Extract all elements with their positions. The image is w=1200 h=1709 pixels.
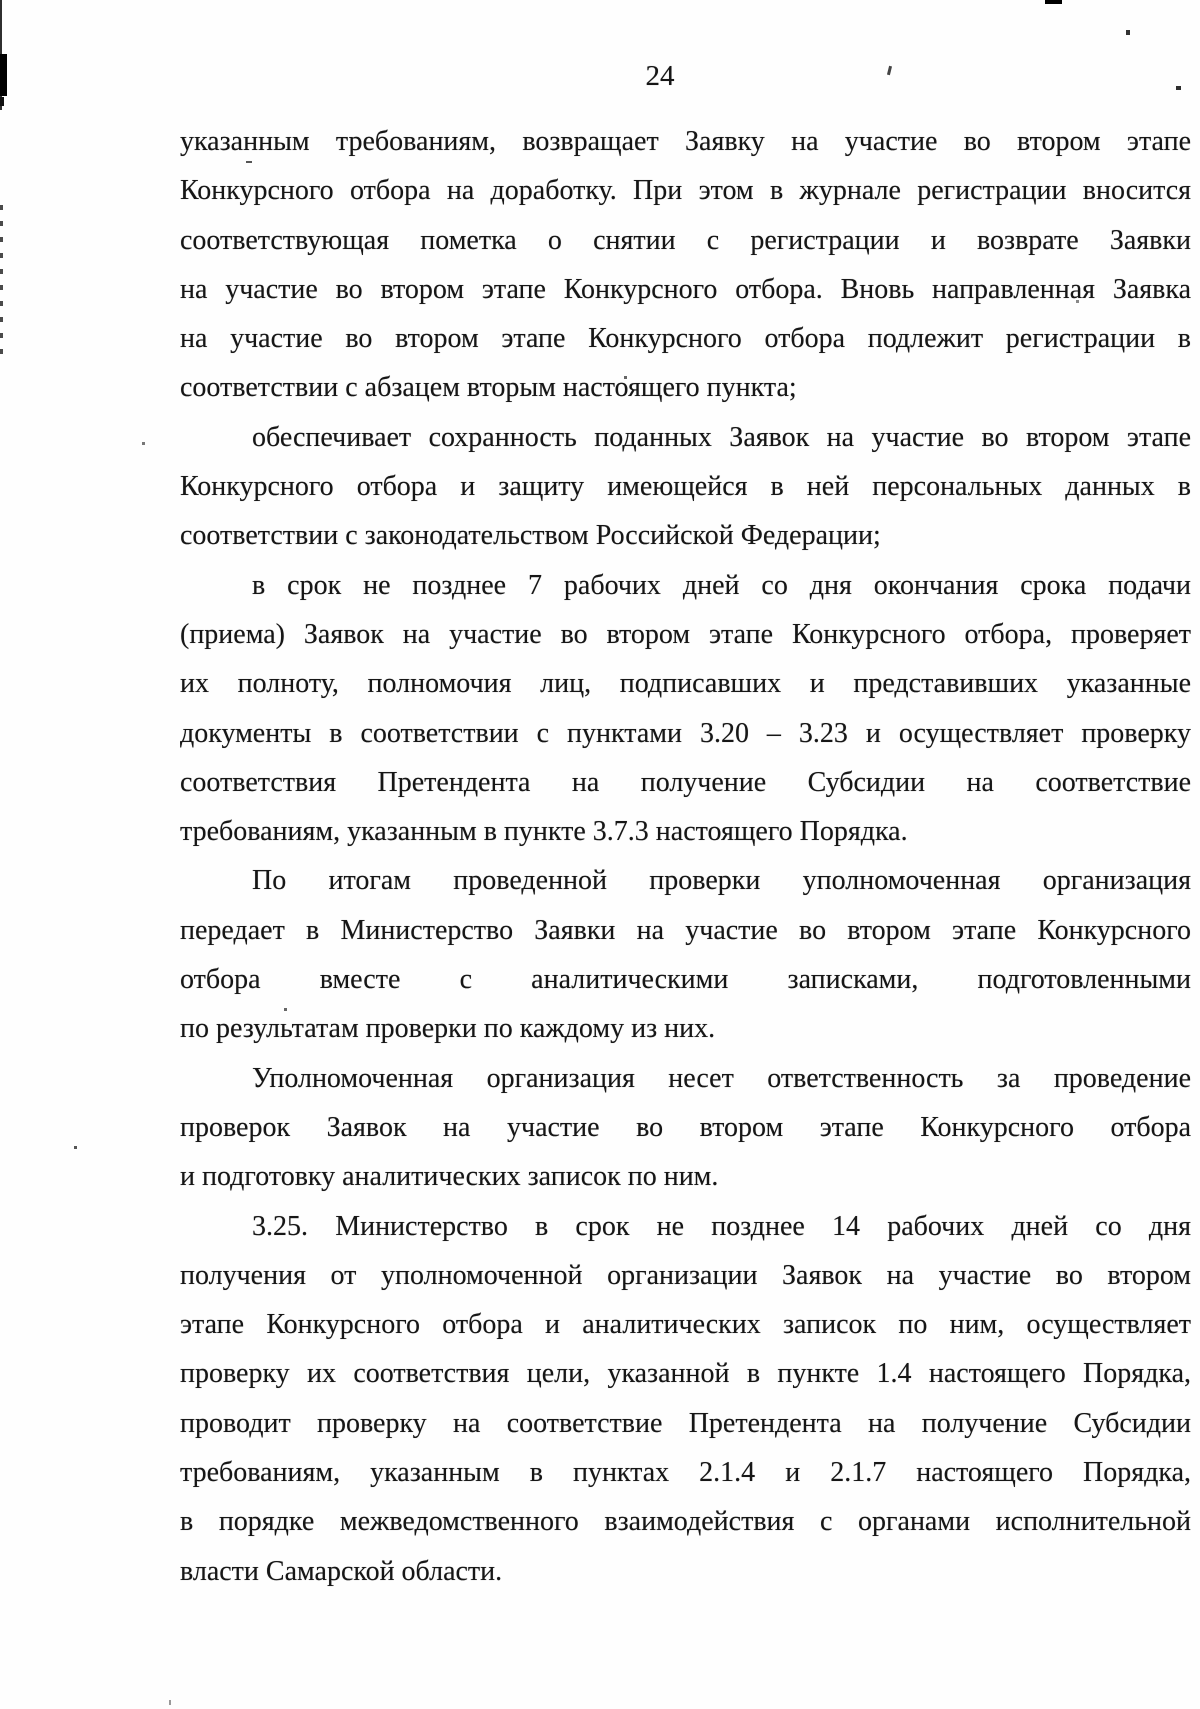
- text-line: их полноту, полномочия лиц, подписавших …: [180, 659, 1191, 708]
- text-line: По итогам проведенной проверки уполномоч…: [180, 856, 1191, 905]
- document-body: указанным требованиям, возвращает Заявку…: [180, 117, 1191, 1596]
- text-line: соответствия Претендента на получение Су…: [180, 758, 1191, 807]
- text-line: в порядке межведомственного взаимодейств…: [180, 1497, 1191, 1546]
- text-line: (приема) Заявок на участие во втором эта…: [180, 610, 1191, 659]
- scan-streak: [0, 205, 3, 355]
- scan-streak: [0, 54, 7, 96]
- scan-speck: [1176, 86, 1181, 90]
- text-line: требованиям, указанным в пункте 3.7.3 на…: [180, 807, 1191, 856]
- paragraph: 3.25. Министерство в срок не позднее 14 …: [180, 1202, 1191, 1596]
- scan-speck: [169, 1700, 171, 1705]
- text-line: передает в Министерство Заявки на участи…: [180, 906, 1191, 955]
- scan-streak: [0, 97, 4, 106]
- text-line: требованиям, указанным в пунктах 2.1.4 и…: [180, 1448, 1191, 1497]
- scanned-document-page: 24 указанным требованиям, возвращает Зая…: [0, 0, 1200, 1709]
- paragraph: указанным требованиям, возвращает Заявку…: [180, 117, 1191, 413]
- text-line: на участие во втором этапе Конкурсного о…: [180, 265, 1191, 314]
- text-line: обеспечивает сохранность поданных Заявок…: [180, 413, 1191, 462]
- text-line: отбора вместе с аналитическими записками…: [180, 955, 1191, 1004]
- text-line: проверок Заявок на участие во втором эта…: [180, 1103, 1191, 1152]
- text-line: по результатам проверки по каждому из ни…: [180, 1004, 1191, 1053]
- scan-speck: [74, 1146, 77, 1149]
- page-number: 24: [160, 58, 1160, 94]
- text-line: в срок не позднее 7 рабочих дней со дня …: [180, 561, 1191, 610]
- text-line: документы в соответствии с пунктами 3.20…: [180, 709, 1191, 758]
- text-line: соответствующая пометка о снятии с регис…: [180, 216, 1191, 265]
- scan-speck: [1126, 30, 1130, 35]
- scan-streak: [1045, 0, 1062, 4]
- text-line: Конкурсного отбора на доработку. При это…: [180, 166, 1191, 215]
- text-line: Уполномоченная организация несет ответст…: [180, 1054, 1191, 1103]
- paragraph: Уполномоченная организация несет ответст…: [180, 1054, 1191, 1202]
- text-line: соответствии с абзацем вторым настоящего…: [180, 363, 1191, 412]
- text-line: указанным требованиям, возвращает Заявку…: [180, 117, 1191, 166]
- scan-speck: [142, 442, 145, 445]
- text-line: получения от уполномоченной организации …: [180, 1251, 1191, 1300]
- text-line: соответствии с законодательством Российс…: [180, 511, 1191, 560]
- text-line: проводит проверку на соответствие Претен…: [180, 1399, 1191, 1448]
- paragraph: в срок не позднее 7 рабочих дней со дня …: [180, 561, 1191, 857]
- paragraph: По итогам проведенной проверки уполномоч…: [180, 856, 1191, 1053]
- text-line: и подготовку аналитических записок по ни…: [180, 1152, 1191, 1201]
- text-line: на участие во втором этапе Конкурсного о…: [180, 314, 1191, 363]
- text-line: Конкурсного отбора и защиту имеющейся в …: [180, 462, 1191, 511]
- text-line: 3.25. Министерство в срок не позднее 14 …: [180, 1202, 1191, 1251]
- text-line: проверку их соответствия цели, указанной…: [180, 1349, 1191, 1398]
- text-line: этапе Конкурсного отбора и аналитических…: [180, 1300, 1191, 1349]
- paragraph: обеспечивает сохранность поданных Заявок…: [180, 413, 1191, 561]
- text-line: власти Самарской области.: [180, 1547, 1191, 1596]
